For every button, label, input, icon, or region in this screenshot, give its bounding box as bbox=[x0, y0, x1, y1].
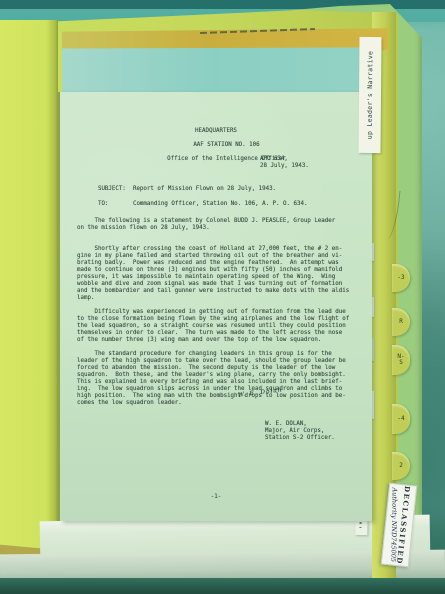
signature-block: W. E. DOLAN, Major, Air Corps, Station S… bbox=[265, 421, 335, 442]
date-block: APO 634, 28 July, 1943. bbox=[260, 156, 309, 170]
document-page: HEADQUARTERS AAF STATION NO. 106 Office … bbox=[60, 92, 372, 521]
paragraph-4: The standard procedure for changing lead… bbox=[77, 351, 369, 407]
to-line: TO:Commanding Officer, Station No. 106, … bbox=[77, 194, 307, 215]
folder-tab-label-text: up Leader's Narrative bbox=[366, 51, 375, 140]
teal-paper-band bbox=[62, 47, 365, 94]
folder-tab-label: up Leader's Narrative bbox=[358, 37, 381, 153]
declassified-sticker: DECLASSIFIED Authority NND745005 bbox=[380, 482, 414, 566]
letterhead-line1: HEADQUARTERS bbox=[195, 128, 237, 134]
paragraph-2: Shortly after crossing the coast of Holl… bbox=[77, 246, 369, 302]
edge-tab-label: -3 bbox=[396, 275, 406, 281]
declassified-authority: Authority NND745005 bbox=[389, 487, 398, 562]
letterhead-line2: AAF STATION NO. 106 bbox=[193, 142, 259, 148]
to-label: TO: bbox=[98, 201, 133, 208]
letterhead: HEADQUARTERS AAF STATION NO. 106 Office … bbox=[60, 128, 372, 170]
edge-tab-label: R bbox=[396, 319, 406, 325]
page-number: -1- bbox=[60, 494, 372, 501]
paragraph-3: Difficulty was experienced in getting ou… bbox=[77, 309, 369, 344]
folder-left-edge bbox=[0, 20, 58, 568]
declassified-sticker-face: DECLASSIFIED Authority NND745005 bbox=[381, 483, 417, 567]
edge-tab-label: N-S bbox=[396, 354, 406, 366]
subject-label: SUBJECT: bbox=[98, 186, 133, 193]
paragraph-1: The following is a statement by Colonel … bbox=[77, 218, 369, 232]
backdrop-bottom-band bbox=[0, 578, 445, 594]
edge-tab-label: -4 bbox=[396, 416, 406, 422]
archival-photo-scene: -3 R N-S -4 2 HEADQUARTERS AAF STATION N… bbox=[0, 0, 445, 594]
edge-tab-label: 2 bbox=[396, 463, 406, 469]
to-text: Commanding Officer, Station No. 106, A. … bbox=[133, 201, 308, 207]
subject-text: Report of Mission Flown on 28 July, 1943… bbox=[133, 186, 276, 192]
